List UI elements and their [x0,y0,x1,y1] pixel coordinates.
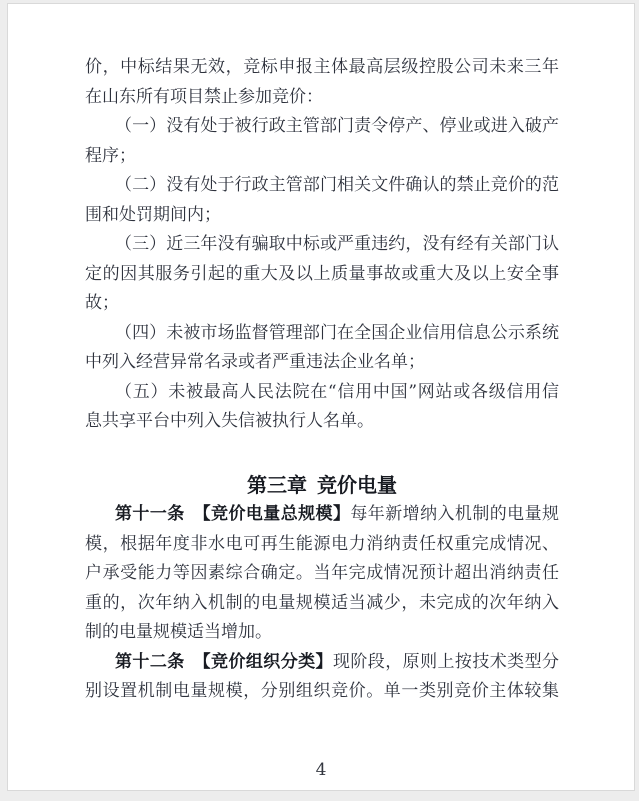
body-text: （三）近三年没有骗取中标或严重违约，没有经有关部门认 [115,234,559,254]
body-text: 息共享平台中列入失信被执行人名单。 [85,411,374,431]
body-text: 故； [85,293,119,313]
body-text: 围和处罚期间内； [85,205,221,225]
text-line: 户承受能力等因素综合确定。当年完成情况预计超出消纳责任权 [85,559,559,589]
body-text: 别设置机制电量规模，分别组织竞价。单一类别竞价主体较集中 [85,681,559,707]
text-line: 模，根据年度非水电可再生能源电力消纳责任权重完成情况、用 [85,530,559,560]
body-text: 中列入经营异常名录或者严重违法企业名单； [85,352,425,372]
text-line: 程序； [85,142,559,172]
body-text: 户承受能力等因素综合确定。当年完成情况预计超出消纳责任权 [85,563,559,589]
body-text: （一）没有处于被行政主管部门责令停产、停业或进入破产 [115,116,559,136]
text-line: （三）近三年没有骗取中标或严重违约，没有经有关部门认 [85,230,559,260]
text-line: 在山东所有项目禁止参加竞价： [85,83,559,113]
text-line: 重的，次年纳入机制的电量规模适当减少，未完成的次年纳入机 [85,589,559,619]
text-line: 第十二条 【竞价组织分类】现阶段，原则上按技术类型分 [85,648,559,678]
article-label: 【竞价电量总规模】 [193,504,350,524]
body-text: 在山东所有项目禁止参加竞价： [85,87,323,107]
body-text: 每年新增纳入机制的电量规 [350,504,559,524]
text-line: 制的电量规模适当增加。 [85,618,559,648]
document-body: 价，中标结果无效，竞标申报主体最高层级控股公司未来三年内在山东所有项目禁止参加竞… [85,53,559,707]
text-line: （五）未被最高人民法院在“信用中国”网站或各级信用信 [85,378,559,408]
text-line: 定的因其服务引起的重大及以上质量事故或重大及以上安全事 [85,260,559,290]
text-line: 息共享平台中列入失信被执行人名单。 [85,407,559,437]
article-label: 第十二条 [115,652,193,672]
text-line: 价，中标结果无效，竞标申报主体最高层级控股公司未来三年内 [85,53,559,83]
body-text: 制的电量规模适当增加。 [85,622,272,642]
text-line: 中列入经营异常名录或者严重违法企业名单； [85,348,559,378]
body-text: 模，根据年度非水电可再生能源电力消纳责任权重完成情况、用 [85,534,559,560]
body-text: （二）没有处于行政主管部门相关文件确认的禁止竞价的范 [115,175,559,195]
text-line: 围和处罚期间内； [85,201,559,231]
document-page: 价，中标结果无效，竞标申报主体最高层级控股公司未来三年内在山东所有项目禁止参加竞… [7,3,635,791]
body-text: （四）未被市场监督管理部门在全国企业信用信息公示系统 [115,323,559,343]
text-line: （一）没有处于被行政主管部门责令停产、停业或进入破产 [85,112,559,142]
chapter-heading: 第三章 竞价电量 [85,471,559,501]
text-line: 故； [85,289,559,319]
body-text: 程序； [85,146,136,166]
body-text: 现阶段，原则上按技术类型分 [333,652,559,672]
text-line: 别设置机制电量规模，分别组织竞价。单一类别竞价主体较集中 [85,677,559,707]
body-text: 重的，次年纳入机制的电量规模适当减少，未完成的次年纳入机 [85,593,559,619]
article-label: 【竞价组织分类】 [193,652,333,672]
body-text: 定的因其服务引起的重大及以上质量事故或重大及以上安全事 [85,264,559,284]
body-text: （五）未被最高人民法院在“信用中国”网站或各级信用信 [115,382,559,402]
text-line: （二）没有处于行政主管部门相关文件确认的禁止竞价的范 [85,171,559,201]
text-line: 第十一条 【竞价电量总规模】每年新增纳入机制的电量规 [85,500,559,530]
page-number: 4 [8,759,634,781]
viewer-background: 价，中标结果无效，竞标申报主体最高层级控股公司未来三年内在山东所有项目禁止参加竞… [0,0,639,801]
text-line: （四）未被市场监督管理部门在全国企业信用信息公示系统 [85,319,559,349]
article-label: 第十一条 [115,504,193,524]
body-text: 价，中标结果无效，竞标申报主体最高层级控股公司未来三年内 [85,57,559,83]
